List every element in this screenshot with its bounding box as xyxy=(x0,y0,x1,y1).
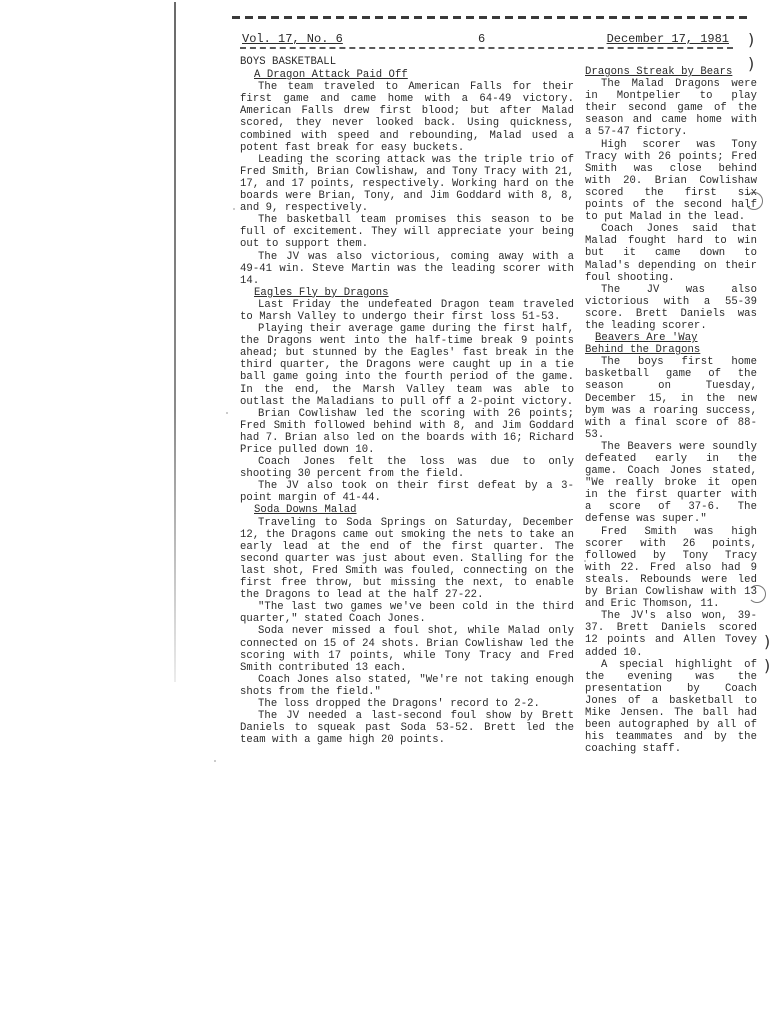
scan-speck xyxy=(214,760,216,762)
margin-bracket-mark: ) xyxy=(764,632,770,651)
article-paragraph: The Beavers were soundly defeated early … xyxy=(585,441,757,526)
article-paragraph: The JV also took on their first defeat b… xyxy=(240,480,574,504)
article-headline: Soda Downs Malad xyxy=(240,504,574,516)
article-paragraph: The loss dropped the Dragons' record to … xyxy=(240,698,574,710)
article-paragraph: Fred Smith was high scorer with 26 point… xyxy=(585,526,757,611)
article-headline: Eagles Fly by Dragons xyxy=(240,287,574,299)
article-paragraph: Coach Jones said that Malad fought hard … xyxy=(585,223,757,283)
scan-speck xyxy=(233,208,235,210)
article-paragraph: The team traveled to American Falls for … xyxy=(240,81,574,154)
article-paragraph: The Malad Dragons were in Montpelier to … xyxy=(585,78,757,138)
volume-issue: Vol. 17, No. 6 xyxy=(242,31,343,47)
article-paragraph: The JV was also victorious with a 55-39 … xyxy=(585,284,757,332)
issue-date: December 17, 1981 xyxy=(607,31,729,47)
article-paragraph: The JV was also victorious, coming away … xyxy=(240,251,574,287)
right-column: Dragons Streak by Bears The Malad Dragon… xyxy=(585,66,757,755)
article-paragraph: Coach Jones also stated, "We're not taki… xyxy=(240,674,574,698)
article-paragraph: The basketball team promises this season… xyxy=(240,214,574,250)
article-paragraph: Playing their average game during the fi… xyxy=(240,323,574,408)
article-paragraph: The JV's also won, 39-37. Brett Daniels … xyxy=(585,610,757,658)
article-paragraph: Brian Cowlishaw led the scoring with 26 … xyxy=(240,408,574,456)
article-headline: Beavers Are 'Way xyxy=(585,332,757,344)
article-dragons-streak: Dragons Streak by Bears The Malad Dragon… xyxy=(585,66,757,332)
article-dragon-attack: A Dragon Attack Paid Off The team travel… xyxy=(240,69,574,287)
scan-speck xyxy=(226,412,228,414)
article-paragraph: The JV needed a last-second foul show by… xyxy=(240,710,574,746)
left-column: BOYS BASKETBALL A Dragon Attack Paid Off… xyxy=(240,56,574,746)
article-paragraph: The boys first home basketball game of t… xyxy=(585,356,757,441)
article-beavers-behind: Beavers Are 'Way Behind the Dragons The … xyxy=(585,332,757,755)
top-dashed-rule xyxy=(232,16,752,19)
article-headline: A Dragon Attack Paid Off xyxy=(240,69,574,81)
article-paragraph: Soda never missed a foul shot, while Mal… xyxy=(240,625,574,673)
section-label: BOYS BASKETBALL xyxy=(240,56,574,68)
page-number: 6 xyxy=(478,31,485,47)
article-eagles-fly: Eagles Fly by Dragons Last Friday the un… xyxy=(240,287,574,505)
margin-bracket-mark: ) xyxy=(764,656,770,675)
newspaper-page: Vol. 17, No. 6 6 December 17, 1981 ) ) )… xyxy=(0,0,779,1024)
article-paragraph: Last Friday the undefeated Dragon team t… xyxy=(240,299,574,323)
binding-edge-line xyxy=(174,2,176,682)
article-paragraph: "The last two games we've been cold in t… xyxy=(240,601,574,625)
article-headline: Dragons Streak by Bears xyxy=(585,66,757,78)
article-paragraph: A special highlight of the evening was t… xyxy=(585,659,757,756)
article-paragraph: High scorer was Tony Tracy with 26 point… xyxy=(585,139,757,224)
page-header: Vol. 17, No. 6 6 December 17, 1981 xyxy=(240,31,733,49)
margin-bracket-mark: ) xyxy=(748,30,754,49)
article-paragraph: Traveling to Soda Springs on Saturday, D… xyxy=(240,517,574,602)
article-paragraph: Coach Jones felt the loss was due to onl… xyxy=(240,456,574,480)
scan-speck xyxy=(748,460,750,462)
article-paragraph: Leading the scoring attack was the tripl… xyxy=(240,154,574,214)
article-headline-line2: Behind the Dragons xyxy=(585,344,757,356)
scan-speck xyxy=(584,560,586,562)
article-soda-downs-malad: Soda Downs Malad Traveling to Soda Sprin… xyxy=(240,504,574,746)
